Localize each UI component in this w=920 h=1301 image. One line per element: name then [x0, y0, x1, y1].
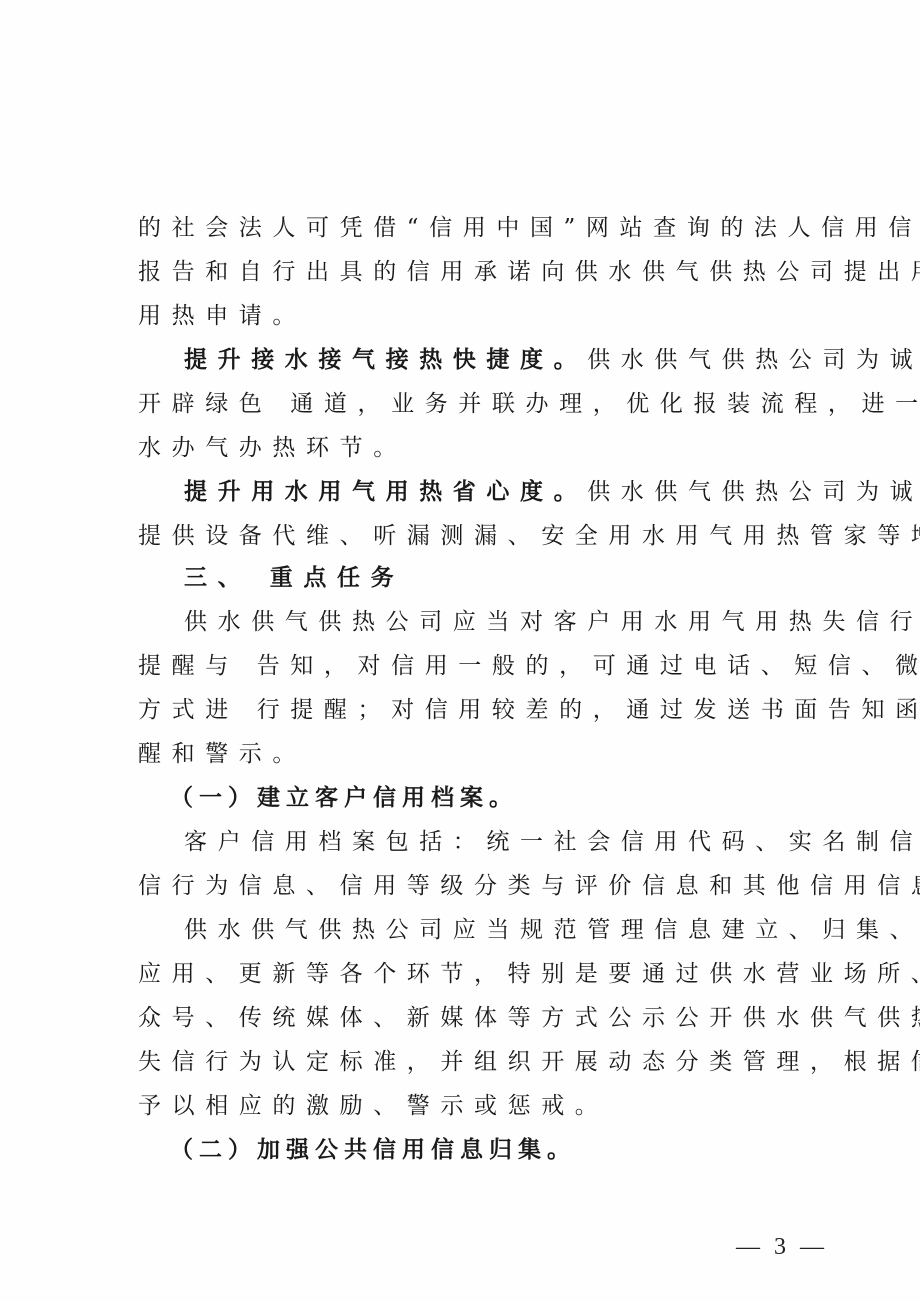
text-line: 提醒与 告知，对信用一般的，可通过电话、短信、微信等线上 [138, 644, 828, 688]
text-span: 供水供气供热公司为诚信客户 [587, 347, 920, 373]
text-line: 应用、更新等各个环节，特别是要通过供水营业场所、微信公 [138, 952, 828, 996]
text-line: 供水供气供热公司应当规范管理信息建立、归集、发布、 [184, 908, 874, 952]
text-span: 供水供气供热公司为诚信客户 [587, 479, 920, 505]
paragraph-lead-line: 提升用水用气用热省心度。供水供气供热公司为诚信客户 [184, 470, 874, 514]
text-line: 报告和自行出具的信用承诺向供水供气供热公司提出用水用气 [138, 250, 828, 294]
text-line: 失信行为认定标准，并组织开展动态分类管理，根据信用等级 [138, 1040, 828, 1084]
text-line: 醒和警示。 [138, 732, 828, 776]
text-line: 客户信用档案包括：统一社会信用代码、实名制信息、失 [184, 820, 874, 864]
document-page: 的社会法人可凭借“信用中国”网站查询的法人信用信息查询 报告和自行出具的信用承诺… [0, 0, 920, 1301]
subsection-heading: （一）建立客户信用档案。 [170, 776, 860, 820]
text-line: 众号、传统媒体、新媒体等方式公示公开供水供气供热客户的 [138, 996, 828, 1040]
text-line: 予以相应的激励、警示或惩戒。 [138, 1084, 828, 1128]
text-line: 方式进 行提醒；对信用较差的，通过发送书面告知函，进行提 [138, 688, 828, 732]
text-line: 供水供气供热公司应当对客户用水用气用热失信行为实施 [184, 600, 874, 644]
section-heading: 三、 重点任务 [184, 556, 874, 600]
subsection-heading: （二）加强公共信用信息归集。 [170, 1128, 860, 1172]
page-number: — 3 — [736, 1234, 828, 1261]
paragraph-lead-line: 提升接水接气接热快捷度。供水供气供热公司为诚信客户 [184, 338, 874, 382]
bold-lead-phrase: 提升接水接气接热快捷度。 [184, 347, 587, 373]
text-line: 提供设备代维、听漏测漏、安全用水用气用热管家等增值服务。 [138, 514, 828, 558]
text-line: 水办气办热环节。 [138, 426, 828, 470]
text-line: 信行为信息、信用等级分类与评价信息和其他信用信息。 [138, 864, 828, 908]
text-line: 开辟绿色 通道，业务并联办理，优化报装流程，进一步压减办 [138, 382, 828, 426]
text-line: 用热申请。 [138, 294, 828, 338]
text-line: 的社会法人可凭借“信用中国”网站查询的法人信用信息查询 [138, 206, 828, 250]
bold-lead-phrase: 提升用水用气用热省心度。 [184, 479, 587, 505]
